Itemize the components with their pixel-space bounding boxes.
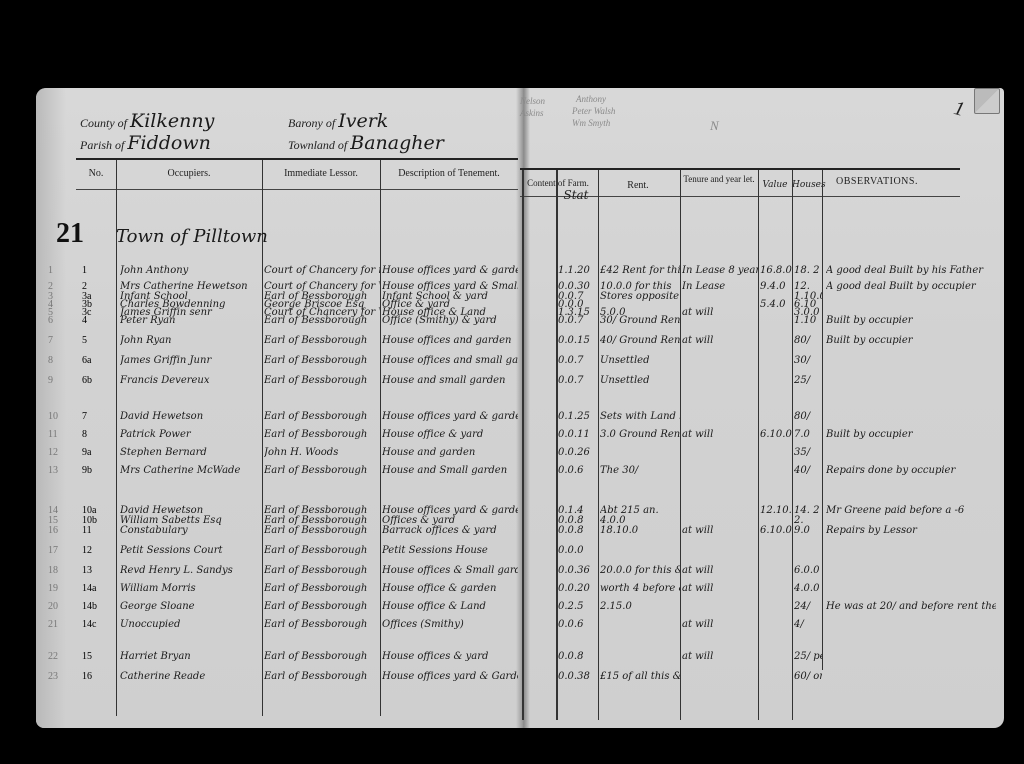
farm-content: 1.1.20 (558, 265, 598, 277)
rent: 2.15.0 (600, 601, 680, 613)
map-ref: 16 (82, 671, 114, 683)
valuation: 9.4.0 (760, 281, 792, 293)
margin-note: N (710, 118, 719, 134)
ledger-page: County of Kilkenny Parish of Fiddown Bar… (36, 88, 1004, 728)
observation: Repairs by Lessor (826, 525, 996, 537)
map-ref: 6b (82, 375, 114, 387)
immediate-lessor: Earl of Bessborough (264, 583, 380, 595)
rent: The 30/ (600, 465, 680, 477)
tenement-description: Barrack offices & yard (382, 525, 518, 537)
observation: A good deal Built by his Father (826, 265, 996, 277)
row-number: 17 (48, 545, 70, 557)
farm-content: 0.0.6 (558, 465, 598, 477)
rent: 18.10.0 (600, 525, 680, 537)
tenure: In Lease (682, 281, 758, 293)
row-number: 13 (48, 465, 70, 477)
row-number: 11 (48, 429, 70, 441)
farm-content: 0.0.15 (558, 335, 598, 347)
column-rule (680, 170, 681, 720)
houses-value: 30/ (794, 355, 822, 367)
map-ref: 9b (82, 465, 114, 477)
col-header-no: No. (76, 168, 116, 179)
farm-content: 0.0.0 (558, 545, 598, 557)
tenement-description: House offices & Small garden (382, 565, 518, 577)
margin-note: Nelson (520, 96, 545, 106)
observation: Built by occupier (826, 429, 996, 441)
occupier-name: John Ryan (120, 335, 262, 347)
map-ref: 14a (82, 583, 114, 595)
occupier-name: Francis Devereux (120, 375, 262, 387)
tenement-description: House offices yard & Garden (382, 671, 518, 683)
tenure: at will (682, 335, 758, 347)
tenement-description: House and small garden (382, 375, 518, 387)
row-number: 19 (48, 583, 70, 595)
map-ref: 12 (82, 545, 114, 557)
row-number: 22 (48, 651, 70, 663)
tenement-description: House and garden (382, 447, 518, 459)
occupier-name: George Sloane (120, 601, 262, 613)
immediate-lessor: Court of Chancery for minors Vokes &c (264, 265, 380, 277)
houses-value: 9.0 (794, 525, 822, 537)
map-ref: 13 (82, 565, 114, 577)
valuation: 5.4.0 (760, 299, 792, 311)
section-number: 21 (56, 218, 84, 250)
observation: Built by occupier (826, 315, 996, 327)
col-header-observations: OBSERVATIONS. (822, 176, 932, 187)
tenement-description: House offices yard & garden (382, 411, 518, 423)
houses-value: 60/ or 85/ (794, 671, 822, 683)
row-number: 1 (48, 265, 70, 277)
map-ref: 14c (82, 619, 114, 631)
farm-content: 0.0.7 (558, 355, 598, 367)
farm-content: 0.0.38 (558, 671, 598, 683)
tenement-description: Offices (Smithy) (382, 619, 518, 631)
tenure: at will (682, 429, 758, 441)
row-number: 12 (48, 447, 70, 459)
immediate-lessor: Earl of Bessborough (264, 411, 380, 423)
row-number: 16 (48, 525, 70, 537)
houses-value: 4/ (794, 619, 822, 631)
row-number: 18 (48, 565, 70, 577)
occupier-name: John Anthony (120, 265, 262, 277)
col-header-houses: Houses (792, 180, 822, 190)
farm-content: 0.0.6 (558, 619, 598, 631)
occupier-name: Unoccupied (120, 619, 262, 631)
rent: 40/ Ground Rent (600, 335, 680, 347)
occupier-name: James Griffin Junr (120, 355, 262, 367)
immediate-lessor: Earl of Bessborough (264, 525, 380, 537)
occupier-name: David Hewetson (120, 411, 262, 423)
farm-content: 0.1.25 (558, 411, 598, 423)
occupier-name: William Morris (120, 583, 262, 595)
tenement-description: Office (Smithy) & yard (382, 315, 518, 327)
farm-content: 0.0.20 (558, 583, 598, 595)
observation: He was at 20/ and before rent the (mortg… (826, 601, 996, 613)
rent: £42 Rent for this (600, 265, 680, 277)
tenement-description: House offices & yard (382, 651, 518, 663)
immediate-lessor: Earl of Bessborough (264, 671, 380, 683)
tenure: at will (682, 565, 758, 577)
tenement-description: House office & garden (382, 583, 518, 595)
map-ref: 5 (82, 335, 114, 347)
column-rule (380, 160, 381, 716)
rent: 30/ Ground Rent (600, 315, 680, 327)
map-ref: 4 (82, 315, 114, 327)
observation: Repairs done by occupier (826, 465, 996, 477)
immediate-lessor: Earl of Bessborough (264, 355, 380, 367)
houses-value: 4.0.0 (794, 583, 822, 595)
houses-value: 7.0 (794, 429, 822, 441)
houses-value: 25/ per 30/ (794, 651, 822, 663)
observation: Mr Greene paid before a -6 (826, 505, 996, 517)
tenement-description: House and Small garden (382, 465, 518, 477)
farm-content: 0.0.8 (558, 651, 598, 663)
county-value: Kilkenny (130, 110, 214, 132)
immediate-lessor: John H. Woods (264, 447, 380, 459)
immediate-lessor: Earl of Bessborough (264, 545, 380, 557)
farm-content: 0.0.11 (558, 429, 598, 441)
row-number: 8 (48, 355, 70, 367)
immediate-lessor: Earl of Bessborough (264, 335, 380, 347)
immediate-lessor: Earl of Bessborough (264, 601, 380, 613)
header-rule (76, 189, 518, 190)
occupier-name: Constabulary (120, 525, 262, 537)
immediate-lessor: Earl of Bessborough (264, 375, 380, 387)
farm-content: 0.0.8 (558, 525, 598, 537)
farm-content: 0.0.36 (558, 565, 598, 577)
occupier-name: Catherine Reade (120, 671, 262, 683)
occupier-name: Stephen Bernard (120, 447, 262, 459)
col-header-occupiers: Occupiers. (116, 168, 262, 179)
parish-label: Parish of Fiddown (80, 132, 211, 154)
map-ref: 15 (82, 651, 114, 663)
farm-content: 0.0.7 (558, 315, 598, 327)
row-number: 6 (48, 315, 70, 327)
col-header-tenure: Tenure and year let. (680, 174, 758, 184)
rent: Stores opposite at No 35 (600, 291, 680, 303)
row-number: 23 (48, 671, 70, 683)
valuation: 12.10.0 (760, 505, 792, 517)
margin-note: Askins (520, 108, 544, 118)
page-edge-shadow (36, 88, 66, 728)
tenement-description: House office & yard (382, 429, 518, 441)
col-header-description: Description of Tenement. (380, 168, 518, 179)
tenement-description: Petit Sessions House (382, 545, 518, 557)
page-number: 1 (951, 97, 967, 122)
immediate-lessor: Earl of Bessborough (264, 651, 380, 663)
map-ref: 9a (82, 447, 114, 459)
tenement-description: House office & Land (382, 601, 518, 613)
rent: £15 of all this & land (600, 671, 680, 683)
row-number: 7 (48, 335, 70, 347)
column-rule (792, 170, 793, 720)
immediate-lessor: Earl of Bessborough (264, 565, 380, 577)
tenement-description: House offices and garden (382, 335, 518, 347)
occupier-name: Peter Ryan (120, 315, 262, 327)
farm-content: 0.0.7 (558, 375, 598, 387)
column-rule (522, 170, 524, 720)
tenure: at will (682, 651, 758, 663)
occupier-name: Revd Henry L. Sandys (120, 565, 262, 577)
rent: 3.0 Ground Rent (600, 429, 680, 441)
immediate-lessor: Earl of Bessborough (264, 315, 380, 327)
immediate-lessor: Earl of Bessborough (264, 465, 380, 477)
townland-value: Banagher (350, 132, 444, 154)
parish-value: Fiddown (127, 132, 211, 154)
section-title: Town of Pilltown (116, 226, 268, 247)
margin-note: Peter Walsh (572, 106, 615, 116)
barony-value: Iverk (338, 110, 388, 132)
barony-label: Barony of Iverk (288, 110, 388, 132)
farm-content: 0.0.26 (558, 447, 598, 459)
margin-note: Anthony (576, 94, 606, 104)
rent: Sets with Land held (600, 411, 680, 423)
rent: Unsettled (600, 355, 680, 367)
observation: A good deal Built by occupier (826, 281, 996, 293)
houses-value: 6.0.0 (794, 565, 822, 577)
valuation: 6.10.0 (760, 429, 792, 441)
houses-value: 40/ (794, 465, 822, 477)
occupier-name: Mrs Catherine McWade (120, 465, 262, 477)
tenement-description: House offices yard & garden (Post office… (382, 265, 518, 277)
row-number: 21 (48, 619, 70, 631)
tenement-description: House offices and small garden (382, 355, 518, 367)
column-rule (758, 170, 759, 720)
tenure: at will (682, 307, 758, 319)
map-ref: 14b (82, 601, 114, 613)
folded-corner-icon (974, 88, 1000, 114)
houses-value: 35/ (794, 447, 822, 459)
observation: Built by occupier (826, 335, 996, 347)
houses-value: 80/ (794, 335, 822, 347)
map-ref: 11 (82, 525, 114, 537)
column-rule (598, 170, 599, 720)
map-ref: 7 (82, 411, 114, 423)
row-number: 9 (48, 375, 70, 387)
header-rule (520, 168, 960, 170)
rent: worth 4 before & as (600, 583, 680, 595)
valuation: 6.10.0 (760, 525, 792, 537)
valuation: 16.8.0 (760, 265, 792, 277)
townland-label: Townland of Banagher (288, 132, 444, 154)
houses-value: 24/ (794, 601, 822, 613)
map-ref: 6a (82, 355, 114, 367)
map-ref: 1 (82, 265, 114, 277)
houses-value: 1.10 (794, 315, 822, 327)
col-header-content: Content of Farm. (522, 178, 594, 188)
tenure: at will (682, 525, 758, 537)
col-header-content-stat: Stat (556, 188, 596, 202)
county-label: County of Kilkenny (80, 110, 214, 132)
immediate-lessor: Earl of Bessborough (264, 619, 380, 631)
rent: 20.0.0 for this & land (600, 565, 680, 577)
houses-value: 80/ (794, 411, 822, 423)
margin-note: Wm Smyth (572, 118, 610, 128)
row-number: 20 (48, 601, 70, 613)
col-header-lessor: Immediate Lessor. (262, 168, 380, 179)
map-ref: 8 (82, 429, 114, 441)
occupier-name: Harriet Bryan (120, 651, 262, 663)
immediate-lessor: Earl of Bessborough (264, 429, 380, 441)
col-header-rent: Rent. (598, 180, 678, 191)
rent: Unsettled (600, 375, 680, 387)
col-header-value: Value (758, 180, 792, 190)
header-rule (76, 158, 518, 160)
column-rule (822, 170, 823, 670)
houses-value: 18. 2 Gar. (794, 265, 822, 277)
occupier-name: Petit Sessions Court (120, 545, 262, 557)
tenure: In Lease 8 years behind (682, 265, 758, 277)
occupier-name: Patrick Power (120, 429, 262, 441)
farm-content: 0.2.5 (558, 601, 598, 613)
row-number: 10 (48, 411, 70, 423)
tenure: at will (682, 583, 758, 595)
column-rule (556, 170, 558, 720)
houses-value: 25/ (794, 375, 822, 387)
tenure: at will (682, 619, 758, 631)
